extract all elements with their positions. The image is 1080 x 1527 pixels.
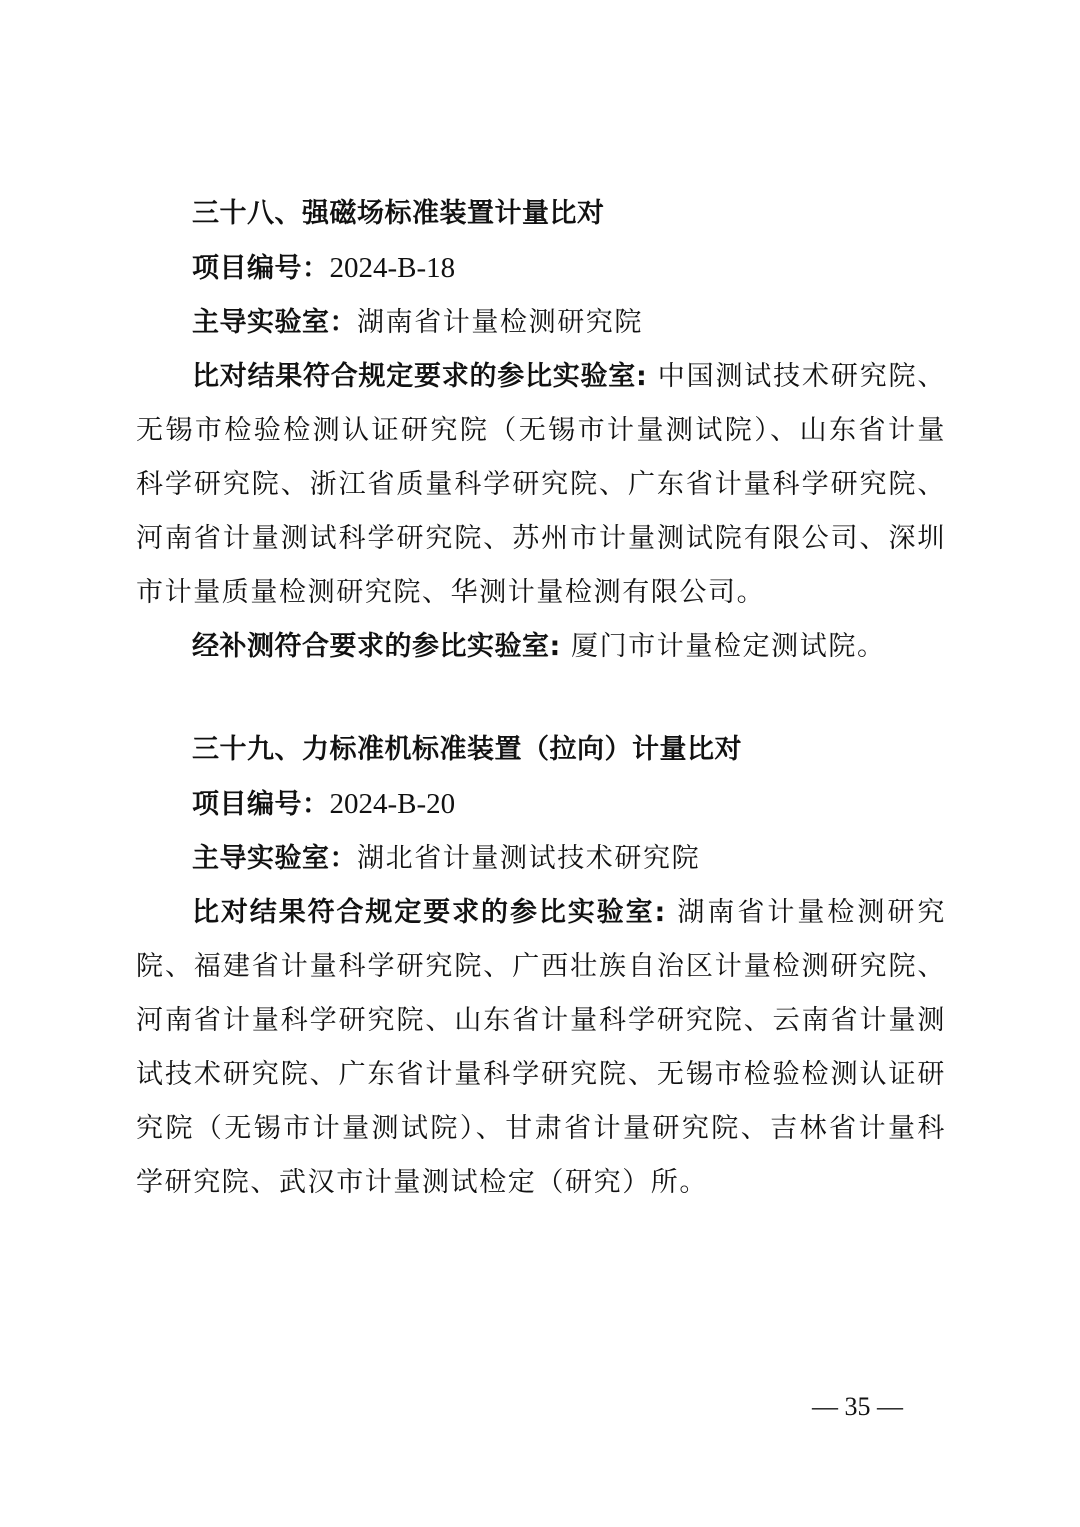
project-number-value: 2024-B-18 <box>330 252 456 284</box>
qualified-labs-list: 湖南省计量检测研究院、福建省计量科学研究院、广西壮族自治区计量检测研究院、河南省… <box>136 897 946 1198</box>
project-number-line: 项目编号：2024-B-20 <box>136 777 946 832</box>
qualified-labs-paragraph: 比对结果符合规定要求的参比实验室: 中国测试技术研究院、无锡市检验检测认证研究院… <box>136 350 946 620</box>
section-39: 三十九、力标准机标准装置（拉向）计量比对 项目编号：2024-B-20 主导实验… <box>136 723 946 1210</box>
retest-labs-label: 经补测符合要求的参比实验室: <box>192 631 561 662</box>
qualified-labs-label: 比对结果符合规定要求的参比实验室: <box>192 361 647 392</box>
project-number-label: 项目编号： <box>192 253 330 284</box>
project-number-label: 项目编号： <box>192 789 330 820</box>
retest-labs-list: 厦门市计量检定测试院。 <box>571 631 886 662</box>
qualified-labs-label: 比对结果符合规定要求的参比实验室: <box>192 897 666 928</box>
lead-lab-value: 湖北省计量测试技术研究院 <box>357 843 700 874</box>
lead-lab-line: 主导实验室：湖北省计量测试技术研究院 <box>136 832 946 886</box>
lead-lab-line: 主导实验室：湖南省计量检测研究院 <box>136 296 946 350</box>
retest-labs-paragraph: 经补测符合要求的参比实验室: 厦门市计量检定测试院。 <box>136 620 946 674</box>
qualified-labs-paragraph: 比对结果符合规定要求的参比实验室: 湖南省计量检测研究院、福建省计量科学研究院、… <box>136 886 946 1210</box>
project-number-value: 2024-B-20 <box>330 788 456 820</box>
section-title: 三十九、力标准机标准装置（拉向）计量比对 <box>136 723 946 777</box>
page-number: — 35 — <box>812 1392 903 1422</box>
section-title: 三十八、强磁场标准装置计量比对 <box>136 187 946 241</box>
qualified-labs-list: 中国测试技术研究院、无锡市检验检测认证研究院（无锡市计量测试院）、山东省计量科学… <box>136 361 946 608</box>
project-number-line: 项目编号：2024-B-18 <box>136 241 946 296</box>
document-page: 三十八、强磁场标准装置计量比对 项目编号：2024-B-18 主导实验室：湖南省… <box>0 0 1080 1527</box>
lead-lab-value: 湖南省计量检测研究院 <box>357 307 643 338</box>
lead-lab-label: 主导实验室： <box>192 307 357 338</box>
section-38: 三十八、强磁场标准装置计量比对 项目编号：2024-B-18 主导实验室：湖南省… <box>136 187 946 674</box>
lead-lab-label: 主导实验室： <box>192 843 357 874</box>
